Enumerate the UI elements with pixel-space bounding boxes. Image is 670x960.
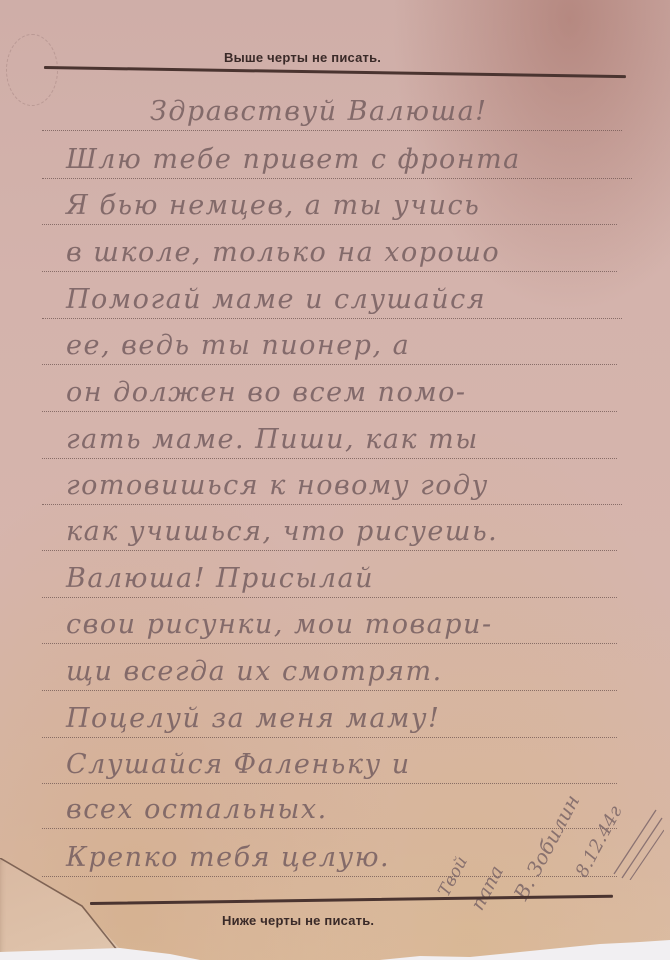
ruled-line: [42, 737, 617, 738]
ruled-line: [42, 597, 617, 598]
ruled-line: [42, 550, 617, 551]
torn-bottom-edge: [0, 926, 670, 960]
handwritten-line: Здравствуй Валюша!: [150, 96, 488, 127]
handwritten-line: Я бью немцев, а ты учись: [66, 190, 480, 221]
ruled-line: [42, 318, 622, 319]
ruled-line: [42, 224, 617, 225]
handwritten-line: Поцелуй за меня маму!: [66, 703, 440, 734]
printed-header: Выше черты не писать.: [224, 50, 381, 65]
handwritten-line: ее, ведь ты пионер, а: [66, 330, 410, 361]
faded-stamp-mark: [6, 34, 58, 106]
ruled-line: [42, 690, 617, 691]
handwritten-line: Слушайся Фаленьку и: [66, 749, 411, 780]
handwritten-line: в школе, только на хорошо: [66, 237, 500, 268]
handwritten-line: Помогай маме и слушайся: [66, 284, 486, 315]
handwritten-line: свои рисунки, мои товари-: [66, 609, 493, 640]
ruled-line: [42, 828, 617, 829]
top-boundary-rule: [44, 66, 626, 78]
handwritten-line: всех остальных.: [66, 794, 328, 825]
signature-name: В. Зобилин: [509, 790, 585, 904]
pencil-slash-marks: [604, 800, 664, 880]
signature-line-2: папа: [467, 862, 509, 914]
ruled-line: [42, 643, 617, 644]
handwritten-line: гать маме. Пиши, как ты: [66, 424, 479, 455]
ruled-line: [42, 364, 617, 365]
handwritten-line: Валюша! Присылай: [66, 563, 374, 594]
ruled-line: [42, 271, 617, 272]
handwritten-line: как учишься, что рисуешь.: [66, 516, 498, 547]
handwritten-line: щи всегда их смотрят.: [66, 656, 443, 687]
letter-page: Выше черты не писать. Здравствуй Валюша!…: [0, 0, 670, 960]
handwritten-line: готовишься к новому году: [66, 470, 489, 501]
ruled-line: [42, 783, 617, 784]
ruled-line: [42, 504, 622, 505]
bottom-boundary-rule: [90, 895, 613, 905]
ruled-line: [42, 458, 617, 459]
handwritten-line: он должен во всем помо-: [66, 377, 466, 408]
ruled-line: [42, 178, 632, 179]
ruled-line: [42, 411, 617, 412]
ruled-line: [42, 130, 622, 131]
handwritten-line: Шлю тебе привет с фронта: [66, 144, 521, 175]
